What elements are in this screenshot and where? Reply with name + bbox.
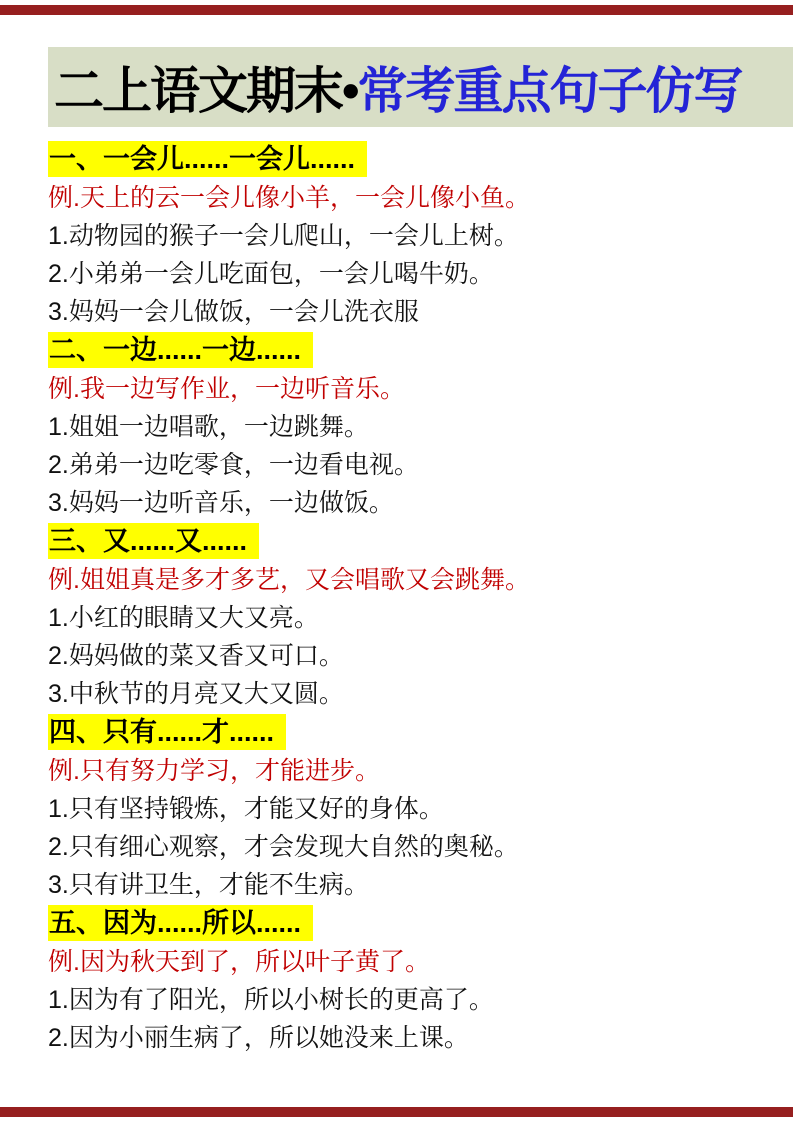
section-heading: 五、因为......所以...... (48, 905, 313, 941)
page-title: 二上语文期末•常考重点句子仿写 (54, 51, 742, 123)
worksheet-content: 二上语文期末•常考重点句子仿写 一、一会儿......一会儿...... 例.天… (48, 47, 793, 1057)
section-zhiyou-cai: 四、只有......才...... 例.只有努力学习，才能进步。 1.只有坚持锻… (48, 713, 793, 904)
sentence-item: 3.妈妈一边听音乐，一边做饭。 (48, 484, 793, 522)
sentence-item: 1.小红的眼睛又大又亮。 (48, 599, 793, 637)
page-title-blue: 常考重点句子仿写 (358, 63, 742, 119)
section-heading-row: 一、一会儿......一会儿...... (48, 140, 793, 179)
example-sentence: 例.天上的云一会儿像小羊，一会儿像小鱼。 (48, 179, 793, 217)
example-sentence: 例.因为秋天到了，所以叶子黄了。 (48, 943, 793, 981)
sentence-item: 2.因为小丽生病了，所以她没来上课。 (48, 1019, 793, 1057)
sentence-item: 2.弟弟一边吃零食，一边看电视。 (48, 446, 793, 484)
sentence-item: 2.小弟弟一会儿吃面包，一会儿喝牛奶。 (48, 255, 793, 293)
section-heading-row: 五、因为......所以...... (48, 904, 793, 943)
sentence-item: 1.姐姐一边唱歌，一边跳舞。 (48, 408, 793, 446)
bottom-edge-bar (0, 1107, 793, 1117)
sentence-item: 1.因为有了阳光，所以小树长的更高了。 (48, 981, 793, 1019)
sentence-item: 2.只有细心观察，才会发现大自然的奥秘。 (48, 828, 793, 866)
sentence-item: 3.妈妈一会儿做饭，一会儿洗衣服 (48, 293, 793, 331)
example-sentence: 例.姐姐真是多才多艺，又会唱歌又会跳舞。 (48, 561, 793, 599)
page-title-black: 二上语文期末• (54, 63, 358, 119)
section-heading-row: 三、又......又...... (48, 522, 793, 561)
sentence-item: 2.妈妈做的菜又香又可口。 (48, 637, 793, 675)
section-heading: 一、一会儿......一会儿...... (48, 141, 367, 177)
section-heading: 三、又......又...... (48, 523, 259, 559)
section-yibian: 二、一边......一边...... 例.我一边写作业，一边听音乐。 1.姐姐一… (48, 331, 793, 522)
section-yihuier: 一、一会儿......一会儿...... 例.天上的云一会儿像小羊，一会儿像小鱼… (48, 140, 793, 331)
sentence-item: 3.中秋节的月亮又大又圆。 (48, 675, 793, 713)
example-sentence: 例.只有努力学习，才能进步。 (48, 752, 793, 790)
sentence-item: 1.动物园的猴子一会儿爬山，一会儿上树。 (48, 217, 793, 255)
example-sentence: 例.我一边写作业，一边听音乐。 (48, 370, 793, 408)
section-heading: 四、只有......才...... (48, 714, 286, 750)
section-heading: 二、一边......一边...... (48, 332, 313, 368)
section-heading-row: 二、一边......一边...... (48, 331, 793, 370)
top-edge-bar (0, 5, 793, 15)
section-yinwei-suoyi: 五、因为......所以...... 例.因为秋天到了，所以叶子黄了。 1.因为… (48, 904, 793, 1057)
sentence-item: 1.只有坚持锻炼，才能又好的身体。 (48, 790, 793, 828)
section-you-you: 三、又......又...... 例.姐姐真是多才多艺，又会唱歌又会跳舞。 1.… (48, 522, 793, 713)
sentence-item: 3.只有讲卫生，才能不生病。 (48, 866, 793, 904)
section-heading-row: 四、只有......才...... (48, 713, 793, 752)
page-title-block: 二上语文期末•常考重点句子仿写 (48, 47, 793, 127)
